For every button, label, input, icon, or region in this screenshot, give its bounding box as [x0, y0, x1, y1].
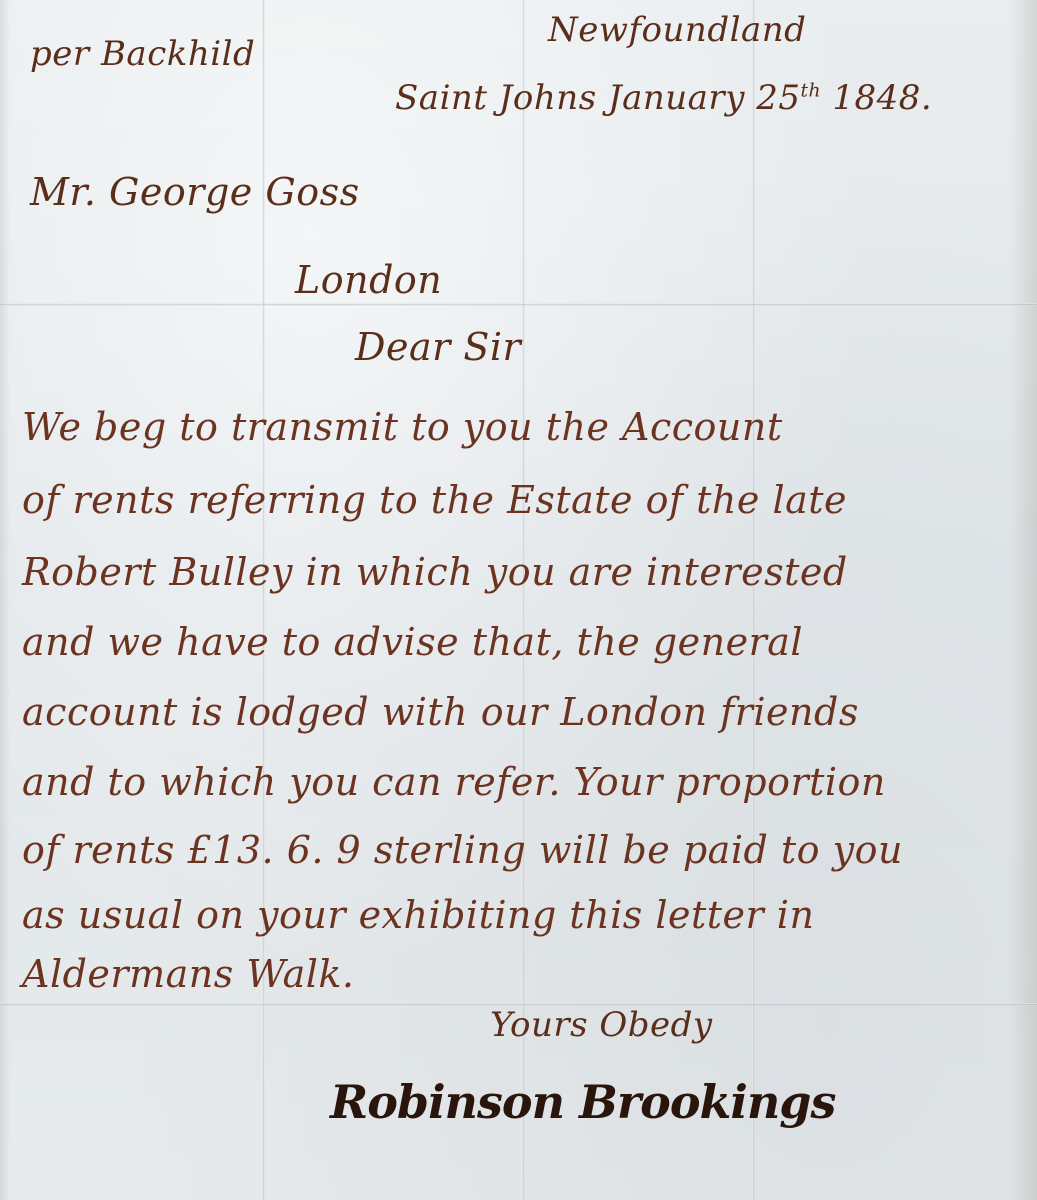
fold-line-vertical — [752, 0, 755, 1200]
place-line-1: Newfoundland — [548, 10, 806, 50]
body-line: and we have to advise that, the general — [22, 620, 803, 664]
letter-sheet: per Backhild Newfoundland Saint Johns Ja… — [0, 0, 1037, 1200]
body-line: of rents referring to the Estate of the … — [22, 478, 847, 522]
date-year: 1848. — [832, 78, 932, 118]
dateline: Saint Johns January 25th 1848. — [395, 78, 932, 118]
fold-line-horizontal — [0, 303, 1037, 306]
signature: Robinson Brookings — [330, 1075, 835, 1129]
date-month: January — [608, 78, 745, 118]
body-line: account is lodged with our London friend… — [22, 690, 859, 734]
recipient-name: Mr. George Goss — [30, 170, 360, 214]
body-line: of rents £13. 6. 9 sterling will be paid… — [22, 828, 903, 872]
body-line: and to which you can refer. Your proport… — [22, 760, 886, 804]
paper-edge-left — [0, 0, 10, 1200]
paper-edge-right — [1009, 0, 1037, 1200]
closing: Yours Obedy — [490, 1005, 713, 1045]
date-day: 25 — [756, 78, 800, 118]
place-line-2: Saint Johns — [395, 78, 597, 118]
recipient-city: London — [295, 258, 442, 302]
routing-note: per Backhild — [30, 34, 255, 74]
date-day-suffix: th — [800, 81, 821, 102]
body-line: We beg to transmit to you the Account — [22, 405, 783, 449]
body-line: as usual on your exhibiting this letter … — [22, 893, 814, 937]
salutation: Dear Sir — [355, 325, 521, 369]
body-line: Aldermans Walk. — [22, 952, 355, 996]
body-line: Robert Bulley in which you are intereste… — [22, 550, 848, 594]
